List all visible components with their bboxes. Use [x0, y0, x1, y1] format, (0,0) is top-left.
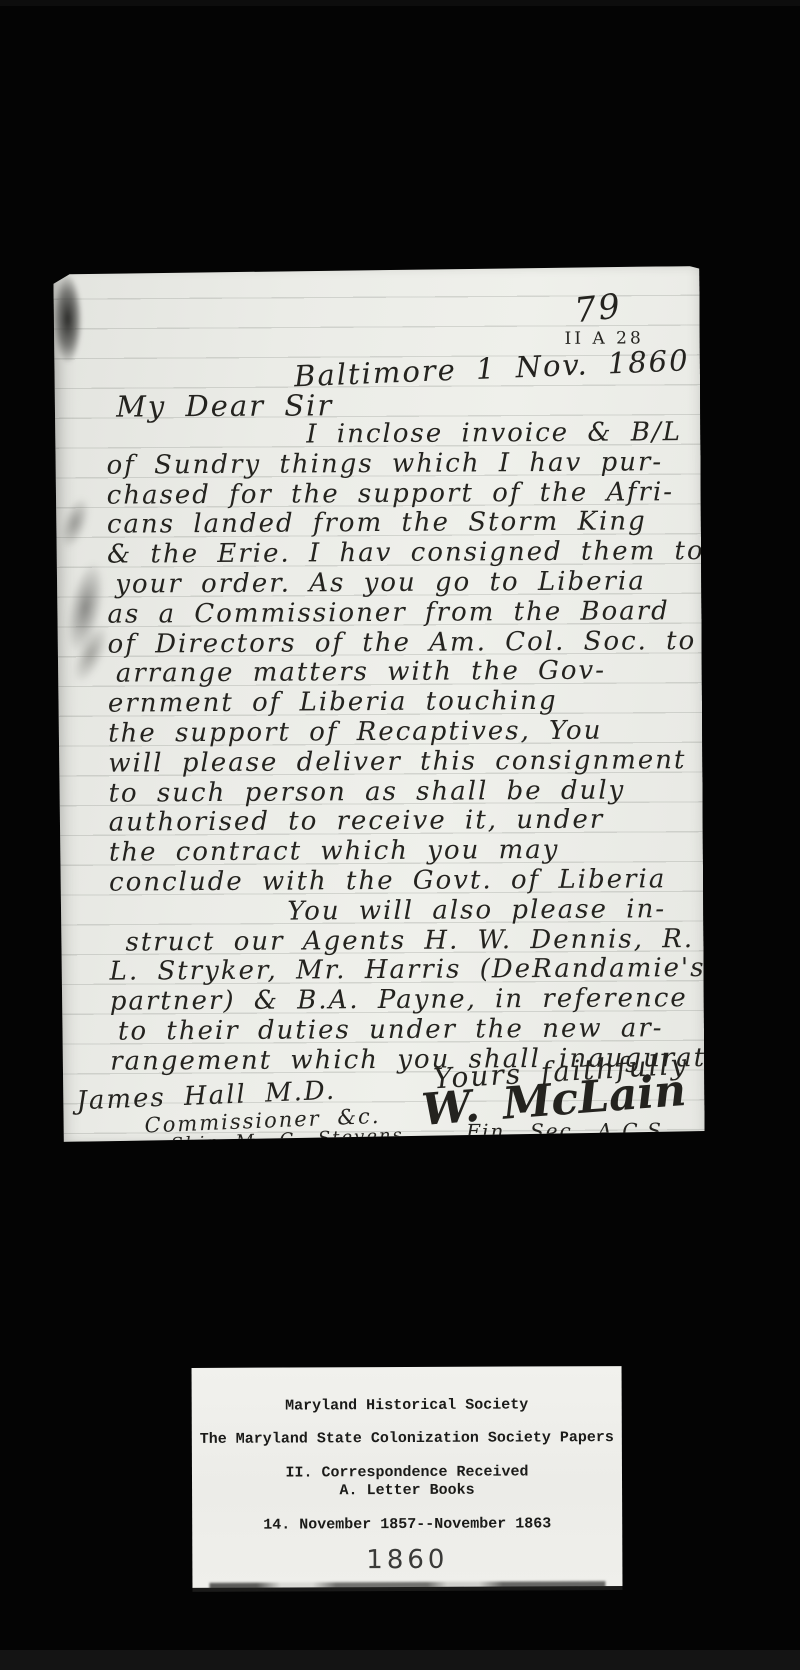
- card-volume: 14. November 1857--November 1863: [192, 1515, 622, 1534]
- letter-line: your order. As you go to Liberia: [115, 567, 695, 600]
- letter-page: 79 II A 28 Baltimore 1 Nov. 1860 My Dear…: [53, 266, 704, 1142]
- salutation: My Dear Sir: [116, 388, 333, 423]
- card-subseries: A. Letter Books: [192, 1481, 622, 1500]
- card-edge-smudge: [210, 1581, 606, 1590]
- pencil-smudge: [55, 493, 96, 552]
- letter-line: authorised to receive it, under: [109, 805, 697, 838]
- letter-line: partner) & B.A. Payne, in reference: [110, 984, 698, 1017]
- page-number: 79: [572, 286, 623, 331]
- letter-line: arrange matters with the Gov-: [116, 656, 696, 689]
- card-series: II. Correspondence Received: [192, 1463, 622, 1482]
- letter-line: I inclose invoice & B/L: [306, 418, 694, 450]
- letter-line: to such person as shall be duly: [108, 776, 696, 809]
- scan-edge-band-top: [0, 0, 800, 6]
- letter-line: of Sundry things which I hav pur-: [106, 448, 694, 481]
- card-institution: Maryland Historical Society: [192, 1396, 622, 1415]
- letter-line: to their duties under the new ar-: [118, 1014, 698, 1047]
- letter-line: You will also please in-: [287, 895, 697, 927]
- letter-body: I inclose invoice & B/L of Sundry things…: [106, 418, 698, 1077]
- letter-line: ernment of Liberia touching: [108, 686, 696, 719]
- dateline: Baltimore 1 Nov. 1860: [294, 343, 691, 393]
- letter-line: struct our Agents H. W. Dennis, R.: [125, 925, 697, 958]
- ink-smudge: [53, 276, 82, 362]
- microfilm-scan-frame: 79 II A 28 Baltimore 1 Nov. 1860 My Dear…: [0, 0, 800, 1670]
- letter-line: as a Commissioner from the Board: [107, 597, 695, 630]
- letter-line: of Directors of the Am. Col. Soc. to: [108, 627, 696, 660]
- card-collection: The Maryland State Colonization Society …: [192, 1429, 622, 1448]
- letter-line: conclude with the Govt. of Liberia: [109, 865, 697, 898]
- letter-line: will please deliver this consignment: [108, 746, 696, 779]
- archive-label-card: Maryland Historical Society The Maryland…: [192, 1366, 623, 1588]
- signature-title: Fin. Sec. A.C.S.: [466, 1118, 671, 1143]
- scan-edge-band-bottom: [0, 1650, 800, 1670]
- card-year: 1860: [192, 1544, 622, 1576]
- letter-line: the support of Recaptives, You: [108, 716, 696, 749]
